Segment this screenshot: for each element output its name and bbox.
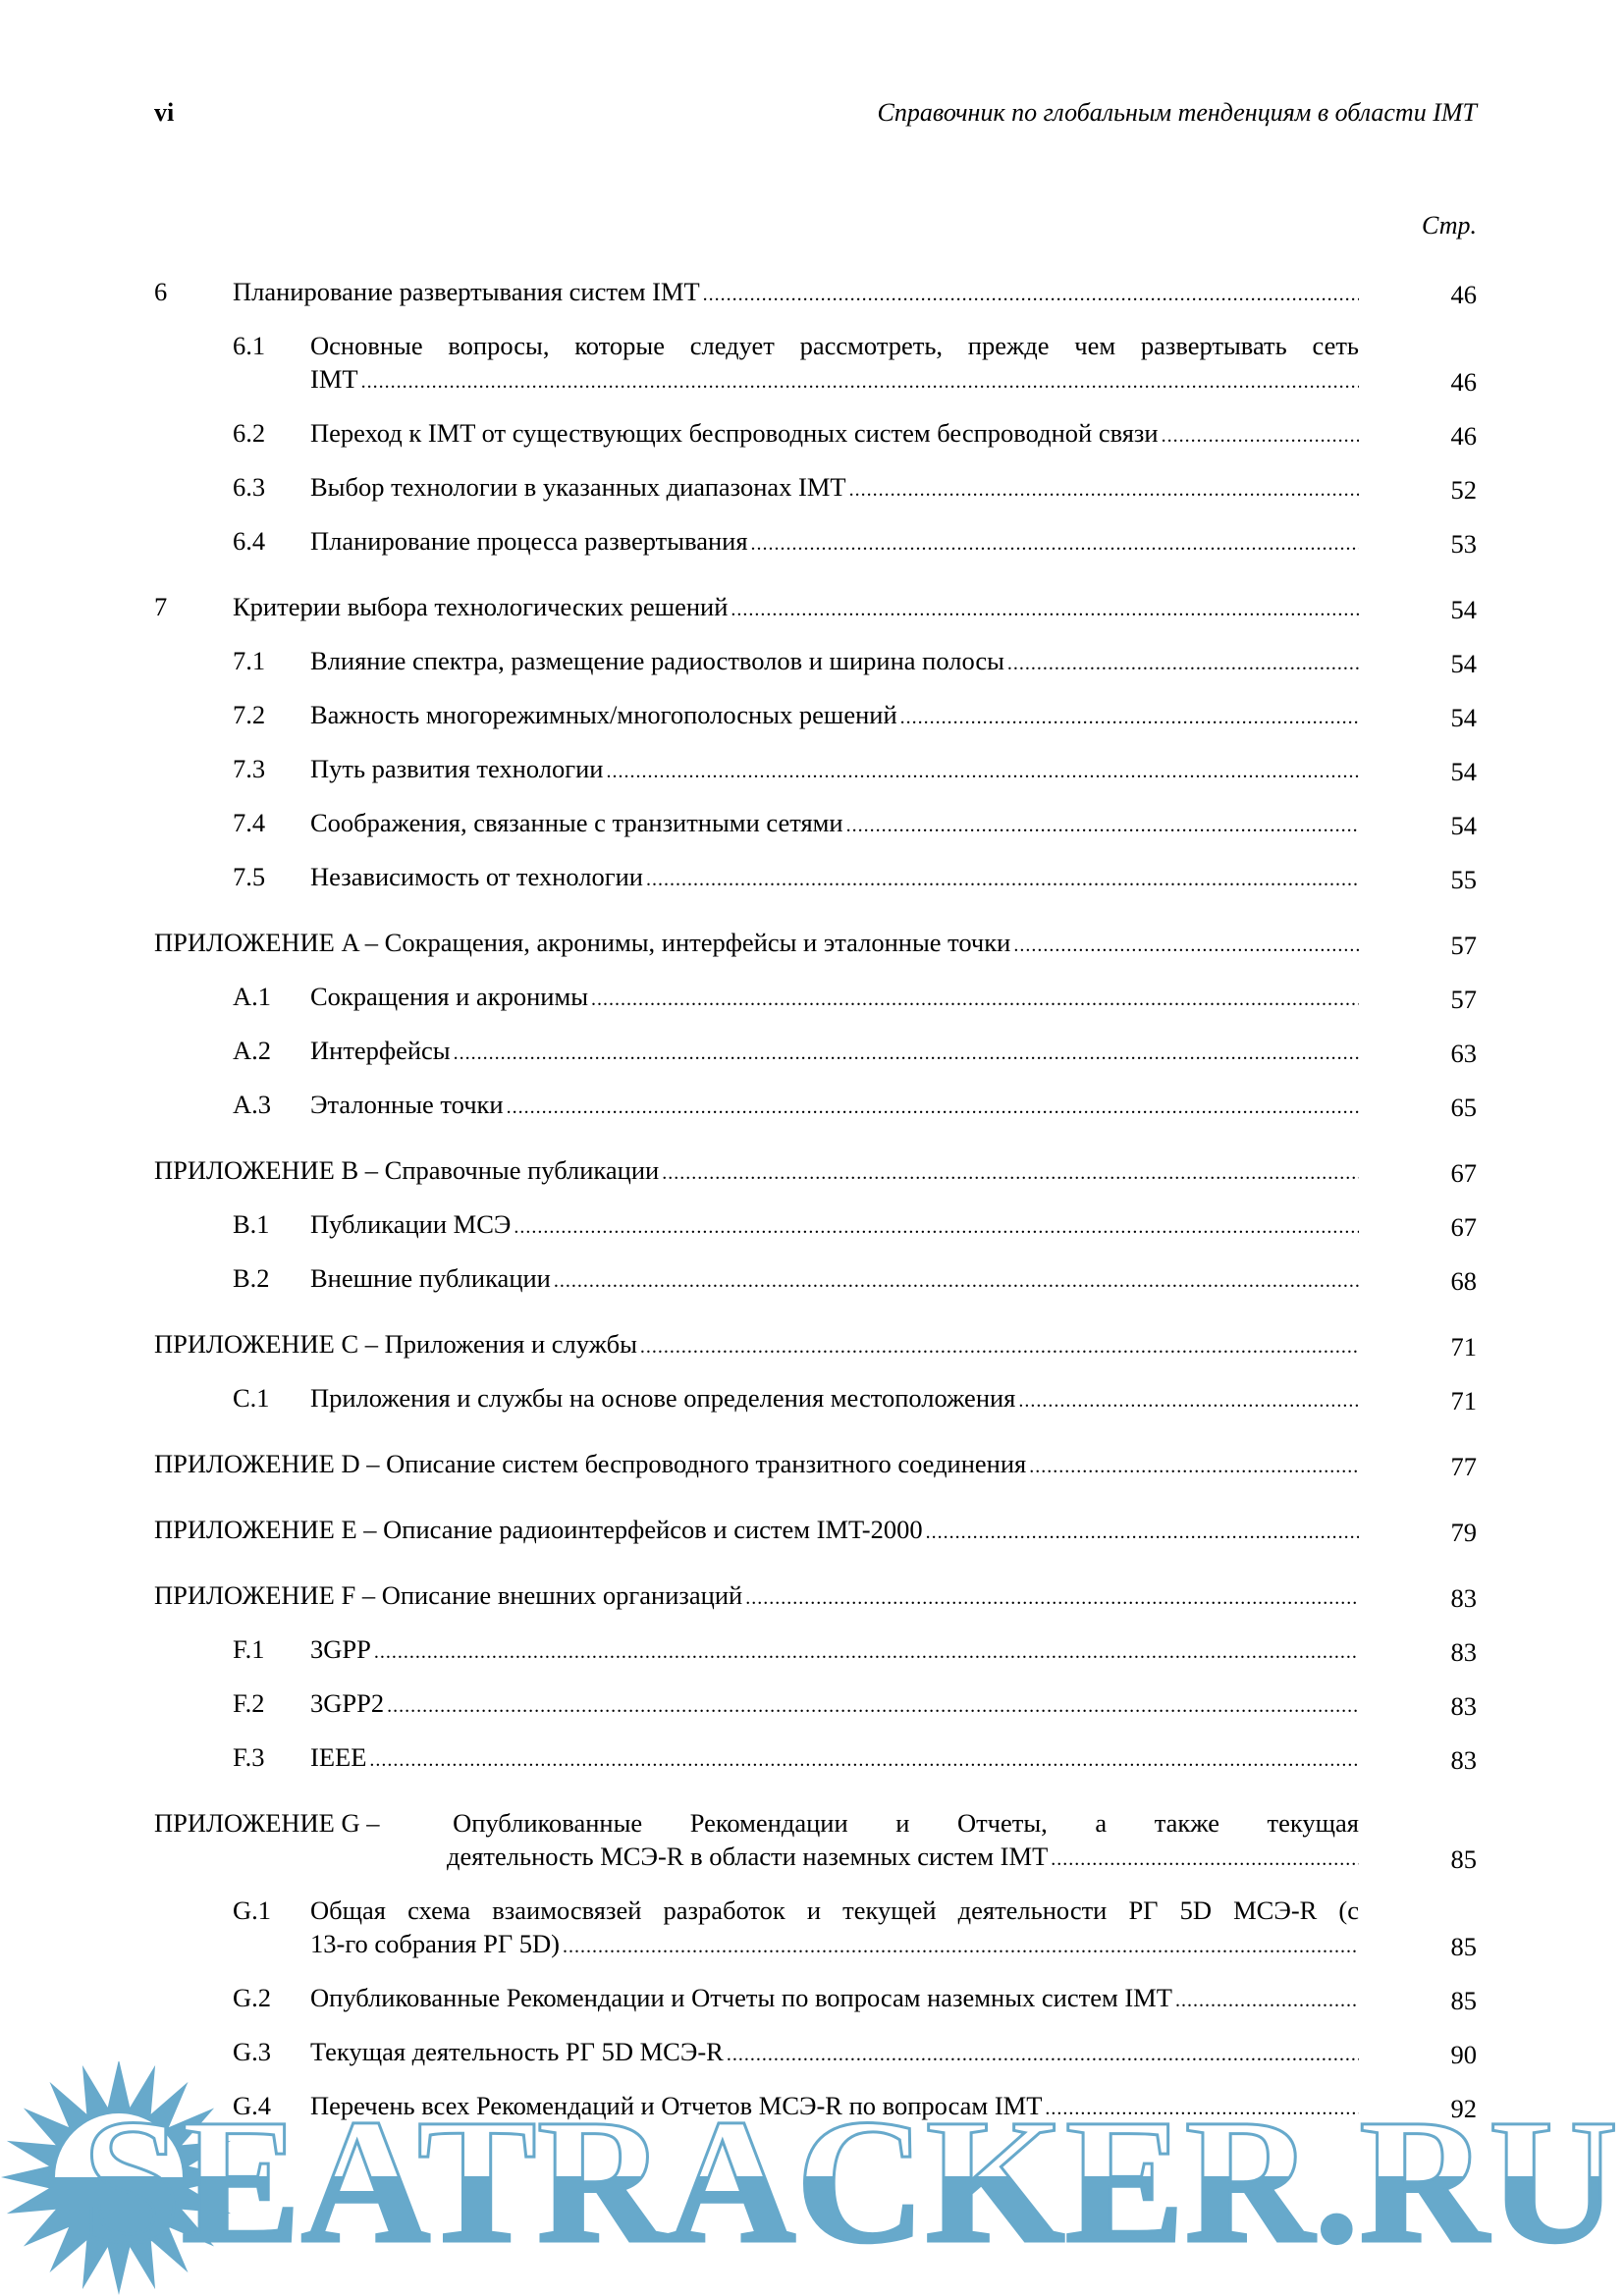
toc-entry-number: C.1	[233, 1381, 270, 1415]
leader-dots	[1018, 1384, 1359, 1417]
toc-entry-page: 46	[1418, 278, 1477, 311]
leader-dots	[646, 863, 1359, 896]
toc-entry-page: 46	[1418, 419, 1477, 453]
toc-entry[interactable]: B.2 Внешние публикации 68	[154, 1261, 1477, 1298]
toc-entry-page: 53	[1418, 527, 1477, 561]
leader-dots	[849, 473, 1359, 507]
toc-entry-page: 67	[1418, 1210, 1477, 1244]
toc-entry[interactable]: ПРИЛОЖЕНИЕ E – Описание радиоинтерфейсов…	[154, 1513, 1477, 1549]
toc-entry-page: 83	[1418, 1689, 1477, 1723]
toc-entry-number: 6.2	[233, 416, 265, 450]
toc-entry-number: B.2	[233, 1261, 270, 1295]
toc-entry-title: Сокращения и акронимы	[310, 980, 588, 1013]
toc-entry-page: 52	[1418, 473, 1477, 507]
toc-entry-number: F.2	[233, 1686, 265, 1720]
toc-entry[interactable]: B.1 Публикации МСЭ 67	[154, 1207, 1477, 1244]
toc-entry[interactable]: 6.1 Основные вопросы, которые следует ра…	[154, 329, 1477, 399]
toc-entry-page: 55	[1418, 863, 1477, 896]
toc-entry-page: 79	[1418, 1516, 1477, 1549]
toc-entry-page: 67	[1418, 1156, 1477, 1190]
toc-entry-page: 54	[1418, 593, 1477, 626]
toc-entry[interactable]: 7 Критерии выбора технологических решени…	[154, 590, 1477, 626]
toc-entry-title: Эталонные точки	[310, 1088, 504, 1121]
toc-entry-number: A.3	[233, 1088, 271, 1121]
leader-dots	[1051, 1842, 1359, 1876]
toc-entry[interactable]: 6.3 Выбор технологии в указанных диапазо…	[154, 470, 1477, 507]
toc-entry[interactable]: ПРИЛОЖЕНИЕ F – Описание внешних организа…	[154, 1578, 1477, 1615]
toc-entry-page: 63	[1418, 1037, 1477, 1070]
toc-entry[interactable]: 7.2 Важность многорежимных/многополосных…	[154, 698, 1477, 734]
toc-entry[interactable]: G.1 Общая схема взаимосвязей разработок …	[154, 1894, 1477, 1963]
toc-entry-title: ПРИЛОЖЕНИЕ A – Сокращения, акронимы, инт…	[154, 926, 1010, 959]
toc-entry[interactable]: G.2 Опубликованные Рекомендации и Отчеты…	[154, 1981, 1477, 2017]
toc-entry-title: Интерфейсы	[310, 1034, 451, 1067]
toc-entry[interactable]: A.3 Эталонные точки 65	[154, 1088, 1477, 1124]
toc-entry-title: Соображения, связанные с транзитными сет…	[310, 806, 843, 839]
toc-entry[interactable]: C.1 Приложения и службы на основе опреде…	[154, 1381, 1477, 1417]
toc-entry[interactable]: 7.3 Путь развития технологии 54	[154, 752, 1477, 788]
toc-entry[interactable]: ПРИЛОЖЕНИЕ B – Справочные публикации 67	[154, 1153, 1477, 1190]
toc-entry-page: 54	[1418, 809, 1477, 842]
leader-dots	[1162, 419, 1359, 453]
toc-entry-number: B.1	[233, 1207, 270, 1241]
leader-dots	[1029, 1450, 1359, 1483]
toc-entry-title: Выбор технологии в указанных диапазонах …	[310, 470, 846, 504]
toc-entry-title: Публикации МСЭ	[310, 1207, 511, 1241]
toc-entry-number: 7.4	[233, 806, 265, 839]
toc-entry-page: 83	[1418, 1635, 1477, 1669]
leader-dots	[662, 1156, 1359, 1190]
leader-dots	[1007, 647, 1359, 680]
toc-entry[interactable]: A.2 Интерфейсы 63	[154, 1034, 1477, 1070]
toc-entry-title: ПРИЛОЖЕНИЕ E – Описание радиоинтерфейсов…	[154, 1513, 923, 1546]
toc-entry-title: Важность многорежимных/многополосных реш…	[310, 698, 897, 731]
toc-entry-title: Переход к IMT от существующих беспроводн…	[310, 416, 1159, 450]
toc-entry-page: 85	[1418, 1842, 1477, 1876]
toc-entry[interactable]: 6 Планирование развертывания систем IMT …	[154, 275, 1477, 311]
toc-entry[interactable]: F.1 3GPP 83	[154, 1632, 1477, 1669]
leader-dots	[640, 1330, 1359, 1363]
toc-entry-page: 54	[1418, 701, 1477, 734]
toc-entry-page: 54	[1418, 647, 1477, 680]
toc-entry-number: 6.3	[233, 470, 265, 504]
toc-entry-page: 68	[1418, 1264, 1477, 1298]
toc-entry-title: Опубликованные Рекомендации и Отчеты по …	[310, 1981, 1172, 2014]
toc-entry-page: 85	[1418, 1984, 1477, 2017]
toc-entry-number: 7.2	[233, 698, 265, 731]
toc-entry-title: Планирование процесса развертывания	[310, 524, 748, 558]
leader-dots	[606, 755, 1359, 788]
leader-dots	[454, 1037, 1359, 1070]
watermark: SEATRACKER.RU SEATRACKER.RU	[0, 2061, 1624, 2296]
toc-entry-number: 7.5	[233, 860, 265, 893]
leader-dots	[745, 1581, 1359, 1615]
leader-dots	[731, 593, 1359, 626]
toc-entry-title: Внешние публикации	[310, 1261, 551, 1295]
toc-entry-number: G.1	[233, 1894, 271, 1927]
toc-entry-title: Планирование развертывания систем IMT	[233, 275, 700, 308]
toc-entry-number: 7.1	[233, 644, 265, 677]
toc-entry-page: 54	[1418, 755, 1477, 788]
page-number: vi	[154, 98, 174, 128]
toc-entry-page: 83	[1418, 1581, 1477, 1615]
toc-entry-title: ПРИЛОЖЕНИЕ F – Описание внешних организа…	[154, 1578, 742, 1612]
toc-entry-title: Независимость от технологии	[310, 860, 643, 893]
toc-entry-number: F.3	[233, 1740, 265, 1774]
toc-entry-title: Критерии выбора технологических решений	[233, 590, 728, 623]
leader-dots	[703, 278, 1359, 311]
toc-entry-title: IEEE	[310, 1740, 366, 1774]
leader-dots	[751, 527, 1359, 561]
leader-dots	[591, 983, 1359, 1016]
toc-entry-title: ПРИЛОЖЕНИЕ G – Опубликованные Рекомендац…	[154, 1806, 1359, 1840]
page-column-label: Стр.	[1422, 211, 1477, 240]
toc-entry[interactable]: ПРИЛОЖЕНИЕ A – Сокращения, акронимы, инт…	[154, 926, 1477, 962]
toc-entry-page: 57	[1418, 983, 1477, 1016]
toc-entry[interactable]: 6.4 Планирование процесса развертывания …	[154, 524, 1477, 561]
toc-entry-title-cont: IMT	[310, 362, 358, 396]
leader-dots	[369, 1743, 1359, 1777]
leader-dots	[554, 1264, 1359, 1298]
toc-entry[interactable]: 6.2 Переход к IMT от существующих беспро…	[154, 416, 1477, 453]
document-page: vi Справочник по глобальным тенденциям в…	[0, 0, 1624, 2296]
leader-dots	[900, 701, 1359, 734]
toc-entry-title: Приложения и службы на основе определени…	[310, 1381, 1015, 1415]
toc-entry-title: Общая схема взаимосвязей разработок и те…	[310, 1894, 1359, 1927]
toc-entry-title: Влияние спектра, размещение радиостволов…	[310, 644, 1004, 677]
leader-dots	[926, 1516, 1359, 1549]
running-title: Справочник по глобальным тенденциям в об…	[878, 98, 1477, 128]
toc-entry-title: Основные вопросы, которые следует рассмо…	[310, 329, 1359, 362]
toc-entry[interactable]: ПРИЛОЖЕНИЕ G – Опубликованные Рекомендац…	[154, 1806, 1477, 1876]
table-of-contents: 6 Планирование развертывания систем IMT …	[154, 275, 1477, 2125]
watermark-text: SEATRACKER.RU SEATRACKER.RU	[81, 2083, 1618, 2280]
toc-entry[interactable]: 7.1 Влияние спектра, размещение радиоств…	[154, 644, 1477, 680]
toc-entry[interactable]: 7.5 Независимость от технологии 55	[154, 860, 1477, 896]
toc-entry-page: 85	[1418, 1930, 1477, 1963]
toc-entry-title: ПРИЛОЖЕНИЕ B – Справочные публикации	[154, 1153, 659, 1187]
toc-entry[interactable]: F.3 IEEE 83	[154, 1740, 1477, 1777]
toc-entry[interactable]: ПРИЛОЖЕНИЕ C – Приложения и службы 71	[154, 1327, 1477, 1363]
toc-entry-title: 3GPP	[310, 1632, 371, 1666]
toc-entry[interactable]: F.2 3GPP2 83	[154, 1686, 1477, 1723]
toc-entry-title-cont: 13-го собрания РГ 5D)	[310, 1927, 560, 1960]
toc-entry-number: A.1	[233, 980, 271, 1013]
toc-entry-title: ПРИЛОЖЕНИЕ C – Приложения и службы	[154, 1327, 637, 1361]
toc-entry-number: 6	[154, 275, 167, 308]
toc-entry-number: A.2	[233, 1034, 271, 1067]
leader-dots	[514, 1210, 1359, 1244]
toc-entry-page: 57	[1418, 929, 1477, 962]
toc-entry-page: 71	[1418, 1384, 1477, 1417]
leader-dots	[1175, 1984, 1359, 2017]
toc-entry-number: 6.4	[233, 524, 265, 558]
toc-entry[interactable]: 7.4 Соображения, связанные с транзитными…	[154, 806, 1477, 842]
toc-entry-number: F.1	[233, 1632, 265, 1666]
leader-dots	[361, 365, 1359, 399]
toc-entry-number: 7.3	[233, 752, 265, 785]
toc-entry-page: 65	[1418, 1091, 1477, 1124]
toc-entry-number: G.2	[233, 1981, 271, 2014]
leader-dots	[374, 1635, 1359, 1669]
toc-entry[interactable]: ПРИЛОЖЕНИЕ D – Описание систем беспровод…	[154, 1447, 1477, 1483]
toc-entry-title: 3GPP2	[310, 1686, 384, 1720]
toc-entry-page: 71	[1418, 1330, 1477, 1363]
toc-entry-title: ПРИЛОЖЕНИЕ D – Описание систем беспровод…	[154, 1447, 1026, 1480]
leader-dots	[1013, 929, 1359, 962]
toc-entry-number: 7	[154, 590, 167, 623]
toc-entry-number: 6.1	[233, 329, 265, 362]
toc-entry-page: 46	[1418, 365, 1477, 399]
toc-entry-page: 83	[1418, 1743, 1477, 1777]
toc-entry-page: 77	[1418, 1450, 1477, 1483]
leader-dots	[563, 1930, 1359, 1963]
leader-dots	[846, 809, 1359, 842]
appendix-prefix: ПРИЛОЖЕНИЕ G –	[154, 1806, 380, 1840]
leader-dots	[387, 1689, 1359, 1723]
toc-entry-title-cont: деятельность МСЭ-R в области наземных си…	[447, 1840, 1048, 1873]
leader-dots	[507, 1091, 1359, 1124]
toc-entry[interactable]: A.1 Сокращения и акронимы 57	[154, 980, 1477, 1016]
toc-entry-title: Путь развития технологии	[310, 752, 603, 785]
